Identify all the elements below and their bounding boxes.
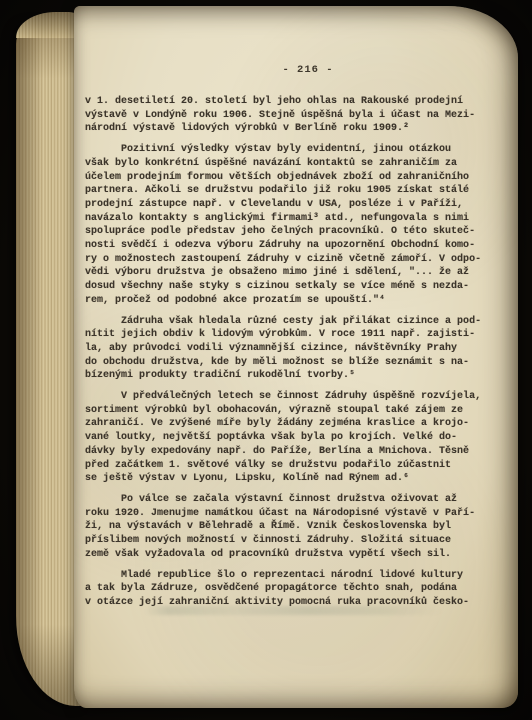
- paragraph: Mladé republice šlo o reprezentaci národ…: [85, 569, 510, 610]
- ink-bleed-through: [144, 606, 444, 615]
- scanned-book-photo: - 216 - v 1. desetiletí 20. století byl …: [0, 0, 532, 720]
- paragraph: Pozitivní výsledky výstav byly evidentní…: [85, 143, 510, 307]
- paragraph: V předválečných letech se činnost Zádruh…: [85, 390, 510, 486]
- paragraph: Zádruha však hledala různé cesty jak při…: [85, 315, 510, 384]
- paragraph: Po válce se začala výstavní činnost druž…: [85, 493, 510, 562]
- page-number-header: - 216 -: [74, 64, 518, 76]
- book-page: - 216 - v 1. desetiletí 20. století byl …: [74, 6, 518, 708]
- book-fore-edge-pages: [16, 24, 82, 706]
- paragraph: v 1. desetiletí 20. století byl jeho ohl…: [85, 95, 510, 136]
- text-body: v 1. desetiletí 20. století byl jeho ohl…: [85, 95, 510, 617]
